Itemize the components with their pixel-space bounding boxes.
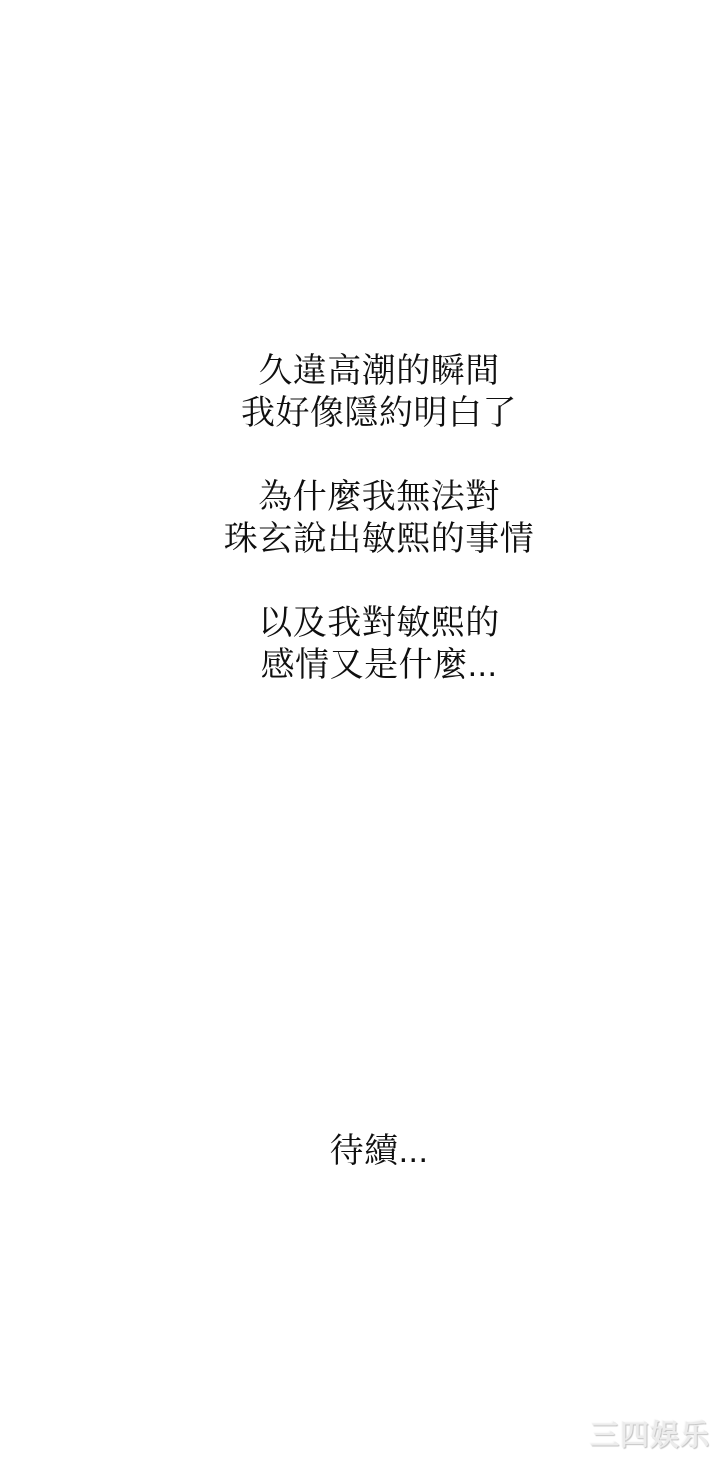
narration-line: 久違高潮的瞬間 (38, 350, 720, 392)
narration-paragraph-2: 為什麼我無法對 珠玄說出敏熙的事情 (38, 476, 720, 560)
comic-text-page: 久違高潮的瞬間 我好像隱約明白了 為什麼我無法對 珠玄說出敏熙的事情 以及我對敏… (0, 0, 720, 1458)
narration-paragraph-1: 久違高潮的瞬間 我好像隱約明白了 (38, 350, 720, 434)
narration-line: 我好像隱約明白了 (38, 392, 720, 434)
site-watermark: 三四娱乐 (590, 1420, 710, 1452)
to-be-continued-label: 待續... (38, 1130, 720, 1172)
narration-line: 為什麼我無法對 (38, 476, 720, 518)
narration-line: 以及我對敏熙的 (38, 602, 720, 644)
narration-block: 久違高潮的瞬間 我好像隱約明白了 為什麼我無法對 珠玄說出敏熙的事情 以及我對敏… (38, 350, 720, 728)
narration-paragraph-3: 以及我對敏熙的 感情又是什麼... (38, 602, 720, 686)
narration-line: 感情又是什麼... (38, 644, 720, 686)
narration-line: 珠玄說出敏熙的事情 (38, 518, 720, 560)
